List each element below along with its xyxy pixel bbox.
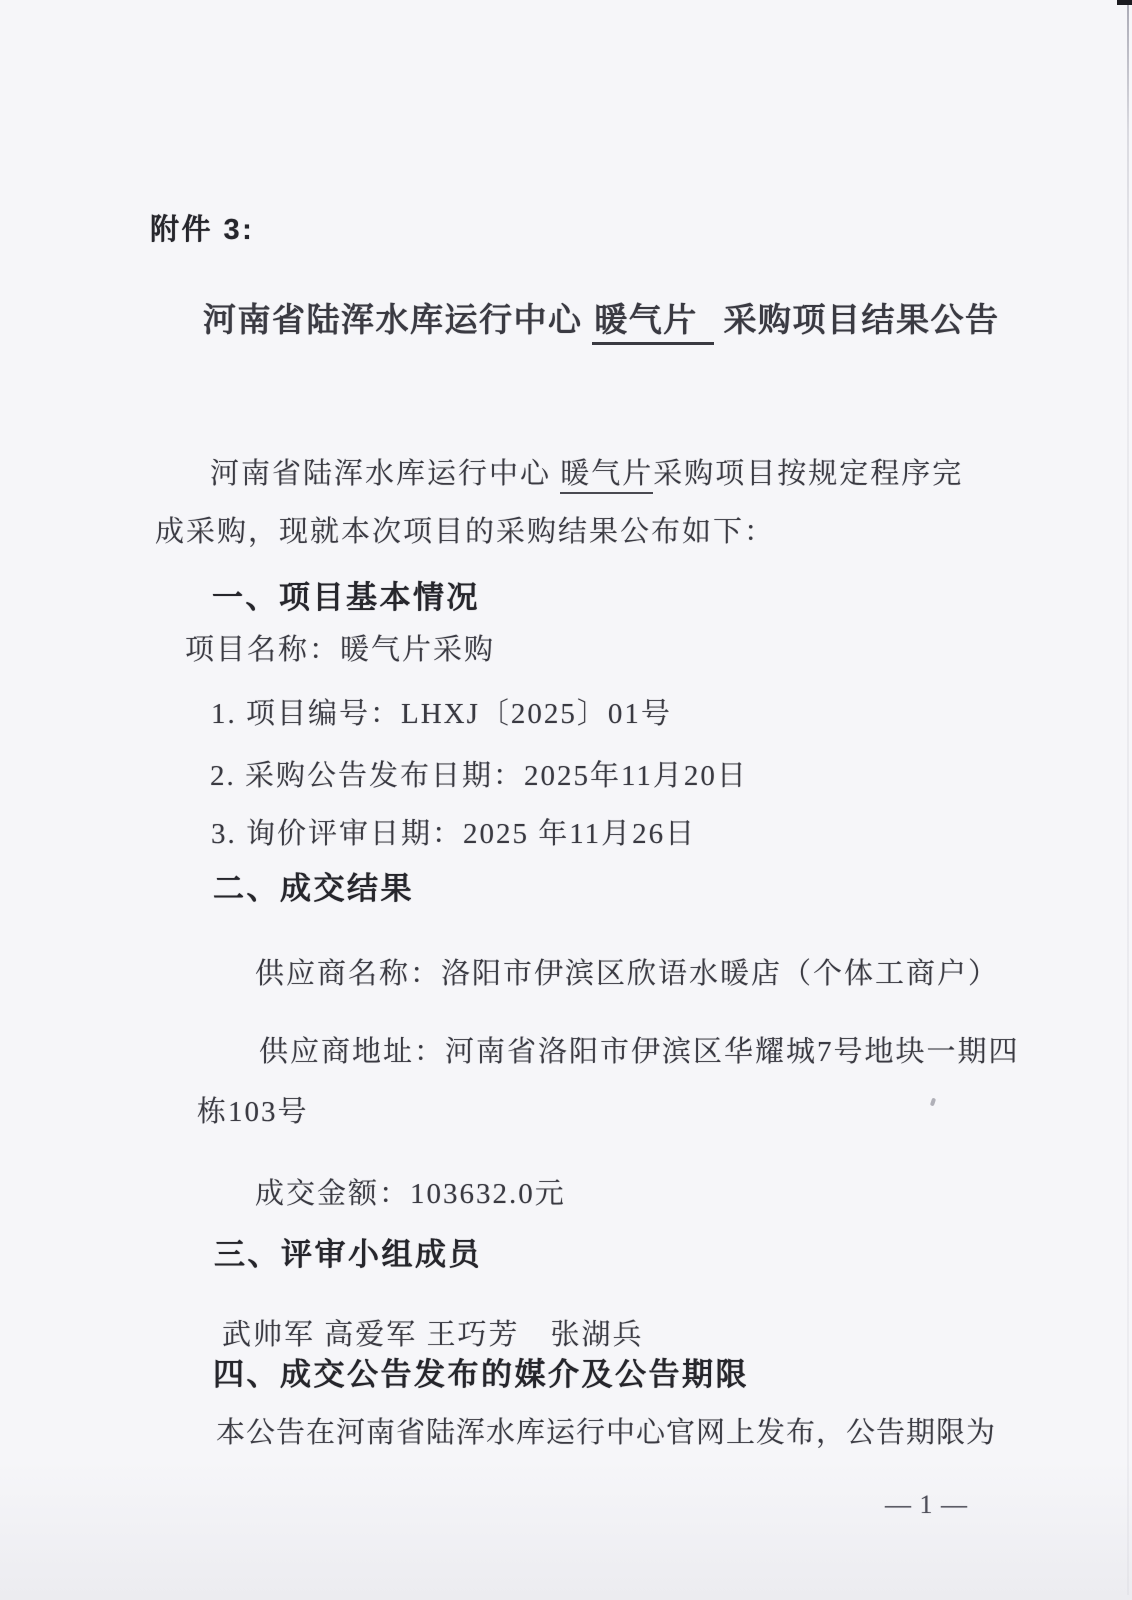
intro-underlined-term: 暖气片 bbox=[560, 458, 653, 494]
scanned-document-page: 附件 3: 河南省陆浑水库运行中心 暖气片 采购项目结果公告 河南省陆浑水库运行… bbox=[0, 0, 1132, 1600]
project-number-line: 1. 项目编号：LHXJ〔2025〕01号 bbox=[211, 698, 672, 731]
announcement-date-line: 2. 采购公告发布日期：2025年11月20日 bbox=[210, 760, 748, 793]
dust-speck bbox=[930, 1098, 936, 1107]
intro-line-1-part1: 河南省陆浑水库运行中心 bbox=[210, 458, 560, 490]
document-title-underlined-term: 暖气片 bbox=[592, 303, 714, 345]
section-basic-heading: 一、项目基本情况 bbox=[212, 580, 480, 616]
section-result-heading: 二、成交结果 bbox=[213, 871, 414, 907]
project-name-line: 项目名称：暖气片采购 bbox=[185, 634, 495, 667]
scan-corner-mark bbox=[1117, 0, 1132, 5]
intro-line-2: 成采购，现就本次项目的采购结果公布如下： bbox=[155, 516, 775, 549]
document-title-part2: 采购项目结果公告 bbox=[714, 303, 1000, 339]
section-panel-heading: 三、评审小组成员 bbox=[214, 1237, 482, 1273]
page-number: — 1 — bbox=[885, 1490, 968, 1520]
panel-members-line: 武帅军 高爱军 王巧芳 张湖兵 bbox=[222, 1319, 644, 1352]
document-title-part1: 河南省陆浑水库运行中心 bbox=[203, 303, 592, 339]
section-media-heading: 四、成交公告发布的媒介及公告期限 bbox=[213, 1357, 749, 1393]
intro-line-1-part2: 采购项目按规定程序完 bbox=[653, 458, 963, 490]
review-date-line: 3. 询价评审日期：2025 年11月26日 bbox=[211, 818, 696, 851]
supplier-address-line-2: 栋103号 bbox=[197, 1096, 309, 1129]
attachment-label: 附件 3: bbox=[150, 214, 254, 247]
bottom-scan-shadow bbox=[0, 1460, 1132, 1600]
media-body-line: 本公告在河南省陆浑水库运行中心官网上发布，公告期限为 bbox=[216, 1417, 996, 1450]
supplier-address-line-1: 供应商地址：河南省洛阳市伊滨区华耀城7号地块一期四 bbox=[259, 1036, 1020, 1069]
document-title: 河南省陆浑水库运行中心 暖气片 采购项目结果公告 bbox=[203, 303, 1000, 341]
paper-edge-line bbox=[1127, 5, 1129, 1595]
intro-line-1: 河南省陆浑水库运行中心 暖气片采购项目按规定程序完 bbox=[210, 458, 963, 491]
supplier-name-line: 供应商名称：洛阳市伊滨区欣语水暖店（个体工商户） bbox=[255, 958, 999, 991]
deal-amount-line: 成交金额：103632.0元 bbox=[255, 1178, 566, 1211]
